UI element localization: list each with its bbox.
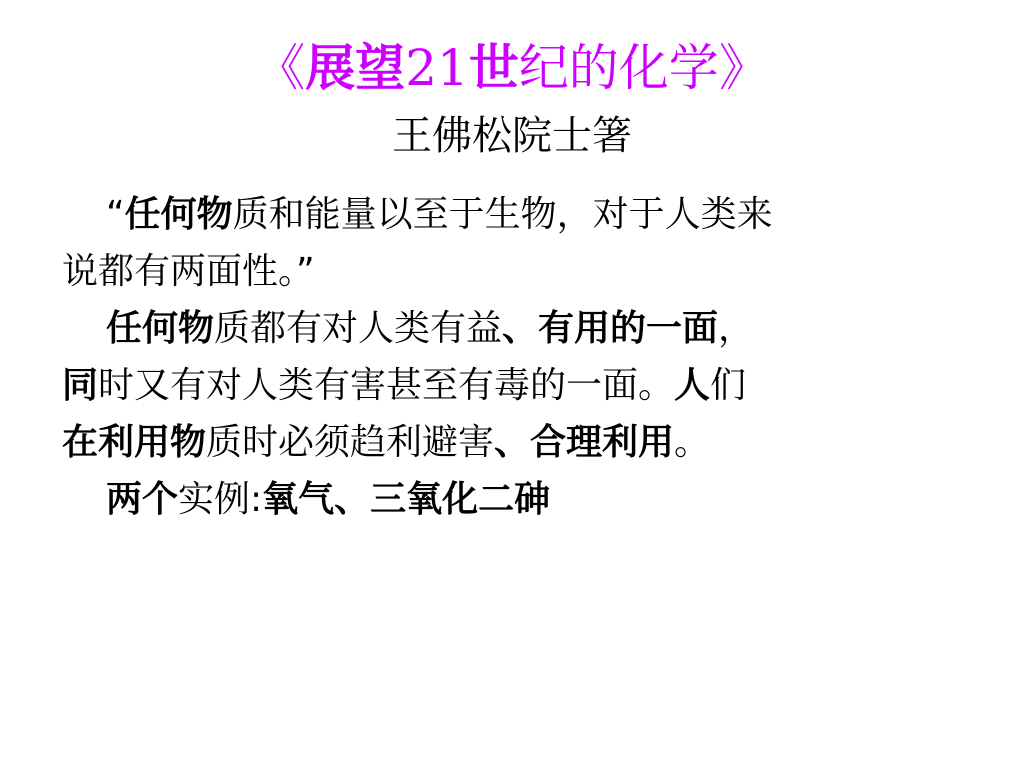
title-part-2: 世 [469, 39, 519, 97]
text-run: 质和能量以至于生物，对于人类来 [233, 194, 773, 235]
title-number: 21 [405, 39, 469, 97]
text-run-bold: 同 [62, 365, 98, 406]
paragraph-examples: 两个实例:氧气、三氧化二砷 [62, 471, 972, 528]
paragraph-quote-line-1: “任何物质和能量以至于生物，对于人类来 [62, 186, 972, 243]
title-part-1: 展望 [305, 39, 405, 97]
slide-title: 《展望21世纪的化学》 [0, 36, 1024, 100]
paragraph-two-sides-line-1: 任何物质都有对人类有益、有用的一面， [62, 300, 972, 357]
text-run: 说都有两面性。” [62, 251, 315, 292]
text-run: 质时必须趋利避害 [206, 422, 494, 463]
text-run: “ [106, 194, 125, 235]
slide-subtitle: 王佛松院士箸 [0, 108, 1024, 164]
text-run: 们 [710, 365, 746, 406]
text-run-bold: 人 [674, 365, 710, 406]
text-run: 。 [674, 422, 710, 463]
text-run-bold: 、有用的一面 [502, 308, 718, 349]
text-run-bold: 两个 [106, 479, 178, 520]
title-part-3: 纪的化学 [519, 39, 719, 97]
text-run-bold: 在利用物 [62, 422, 206, 463]
text-run: ， [718, 308, 754, 349]
text-run-bold: 、合理利用 [494, 422, 674, 463]
text-run: 时又有对人类有害甚至有毒的一面。 [98, 365, 674, 406]
text-run-bold: 氧气、三氧化二砷 [262, 479, 550, 520]
title-open-bracket: 《 [255, 39, 305, 97]
text-run-bold: 任何物 [106, 308, 214, 349]
paragraph-two-sides-line-2: 同时又有对人类有害甚至有毒的一面。人们 [62, 357, 972, 414]
paragraph-quote-line-2: 说都有两面性。” [62, 243, 972, 300]
text-run: 质都有对人类有益 [214, 308, 502, 349]
slide-body: “任何物质和能量以至于生物，对于人类来 说都有两面性。” 任何物质都有对人类有益… [62, 186, 972, 528]
text-run-bold: 任何物 [125, 194, 233, 235]
paragraph-two-sides-line-3: 在利用物质时必须趋利避害、合理利用。 [62, 414, 972, 471]
title-close-bracket: 》 [719, 39, 769, 97]
slide: 《展望21世纪的化学》 王佛松院士箸 “任何物质和能量以至于生物，对于人类来 说… [0, 0, 1024, 768]
text-run: 实例: [178, 479, 262, 520]
